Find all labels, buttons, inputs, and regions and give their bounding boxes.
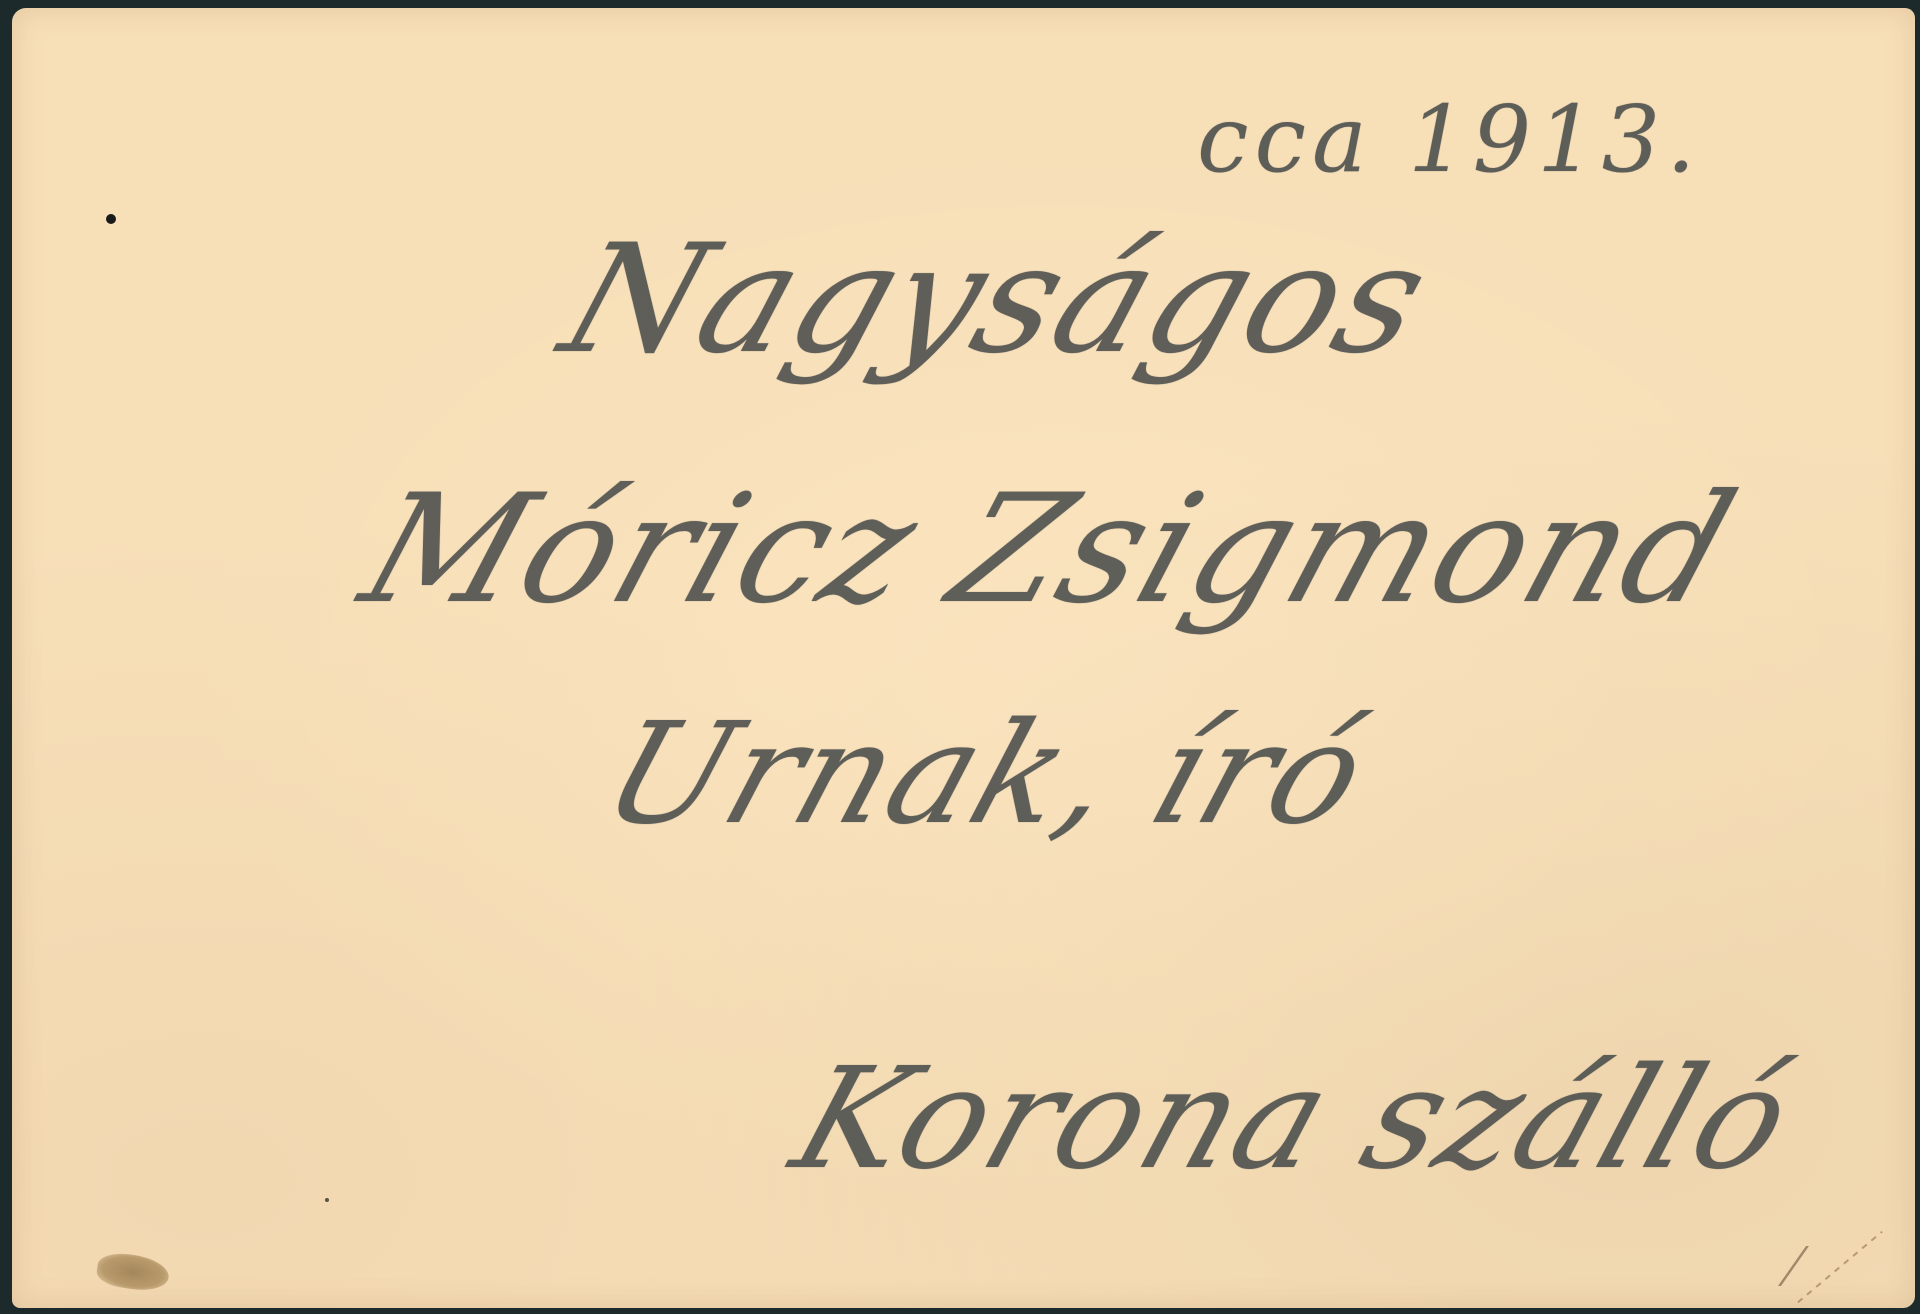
address-line-location: Korona szálló bbox=[776, 1038, 1812, 1201]
corner-scribble bbox=[1778, 1246, 1879, 1286]
envelope: cca 1913. Nagyságos Móricz Zsigmond Urna… bbox=[12, 8, 1915, 1308]
stain-mark bbox=[95, 1250, 171, 1294]
address-line-salutation: Nagyságos bbox=[544, 213, 1450, 387]
ink-dot bbox=[106, 214, 116, 224]
ink-speck bbox=[325, 1198, 329, 1202]
date-annotation: cca 1913. bbox=[1197, 86, 1702, 193]
address-line-title: Urnak, író bbox=[586, 693, 1387, 856]
address-line-recipient-name: Móricz Zsigmond bbox=[344, 463, 1755, 637]
